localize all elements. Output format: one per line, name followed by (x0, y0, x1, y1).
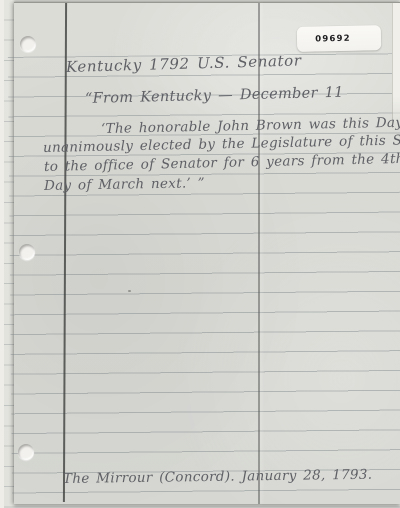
hole-punch-top (20, 36, 36, 52)
hole-punch-bottom (18, 444, 34, 460)
hole-punch-middle (19, 244, 35, 260)
catalog-number: 09692 (315, 33, 351, 44)
notebook-page (14, 2, 400, 504)
crease-line (258, 3, 260, 504)
paper-speck (128, 290, 131, 292)
quote-line-4: Day of March next.’ ” (44, 175, 205, 194)
scanned-document: 09692 Kentucky 1792 U.S. Senator “From K… (0, 0, 400, 508)
catalog-sticker: 09692 (297, 25, 382, 52)
page-right-edge-gap (392, 3, 400, 128)
